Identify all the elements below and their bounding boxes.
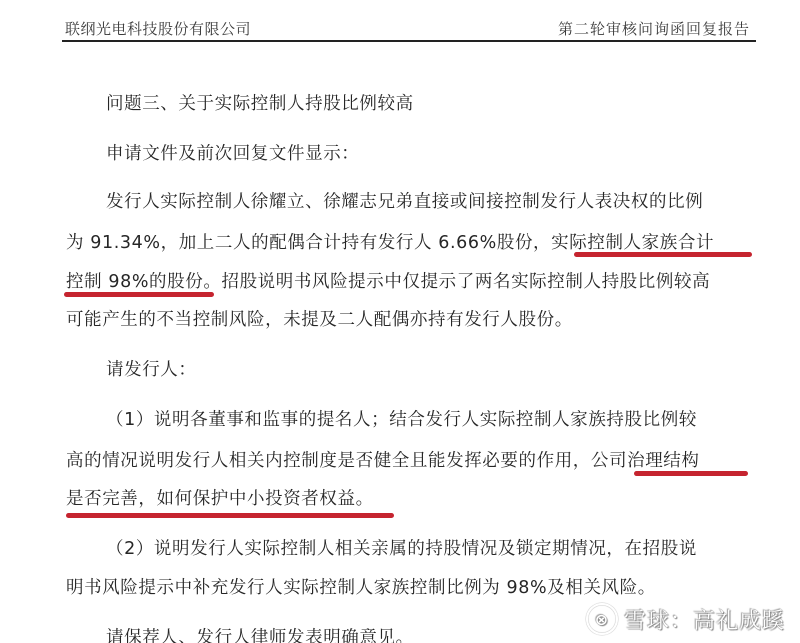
para1-line2: 为 91.34%，加上二人的配偶合计持有发行人 6.66%股份，实际控制人家族合… (66, 229, 714, 254)
snowball-logo-icon: ⊗ (586, 603, 618, 635)
item2-line1: （2）说明发行人实际控制人相关亲属的持股情况及锁定期情况，在招股说 (106, 535, 697, 560)
item1-line2-text: 高的情况说明发行人相关内控制度是否健全且能发挥必要的作用， (66, 451, 591, 471)
item1-line3: 是否完善，如何保护中小投资者权益。 (66, 485, 374, 510)
highlight-98-percent: 控制 98%的股份。 (66, 272, 221, 292)
closing-text: 请保荐人、发行人律师发表明确意见。 (106, 624, 414, 643)
red-underline-1 (574, 252, 752, 257)
red-underline-4 (66, 513, 394, 518)
company-name: 联纲光电科技股份有限公司 (65, 18, 251, 39)
para1-line4: 可能产生的不当控制风险，未提及二人配偶亦持有发行人股份。 (66, 306, 573, 331)
question-title: 问题三、关于实际控制人持股比例较高 (106, 90, 414, 115)
para1-line2-text: 为 91.34%，加上二人的配偶合计持有发行人 6.66%股份， (66, 233, 551, 253)
item2-line2: 明书风险提示中补充发行人实际控制人家族控制比例为 98%及相关风险。 (66, 574, 656, 599)
page-header: 联纲光电科技股份有限公司 第二轮审核问询函回复报告 (0, 0, 800, 42)
red-underline-3 (634, 471, 748, 476)
red-underline-2 (64, 292, 214, 297)
para1-line3: 控制 98%的股份。招股说明书风险提示中仅提示了两名实际控制人持股比例较高 (66, 268, 710, 293)
para1-line1: 发行人实际控制人徐耀立、徐耀志兄弟直接或间接控制发行人表决权的比例 (106, 188, 703, 213)
highlight-family-control: 实际控制人家族合计 (551, 233, 714, 253)
header-divider (62, 40, 756, 42)
intro-text: 申请文件及前次回复文件显示： (106, 140, 359, 165)
para1-line3-text: 招股说明书风险提示中仅提示了两名实际控制人持股比例较高 (221, 272, 710, 292)
highlight-governance: 公司治理结构 (591, 451, 700, 471)
item1-line1: （1）说明各董事和监事的提名人；结合发行人实际控制人家族持股比例较 (106, 406, 697, 431)
watermark: ⊗ 雪球：高礼成蹊 (586, 603, 785, 635)
request-label: 请发行人： (106, 356, 197, 381)
report-title: 第二轮审核问询函回复报告 (558, 18, 750, 39)
item1-line2: 高的情况说明发行人相关内控制度是否健全且能发挥必要的作用，公司治理结构 (66, 447, 700, 472)
watermark-text: 雪球：高礼成蹊 (624, 604, 785, 635)
